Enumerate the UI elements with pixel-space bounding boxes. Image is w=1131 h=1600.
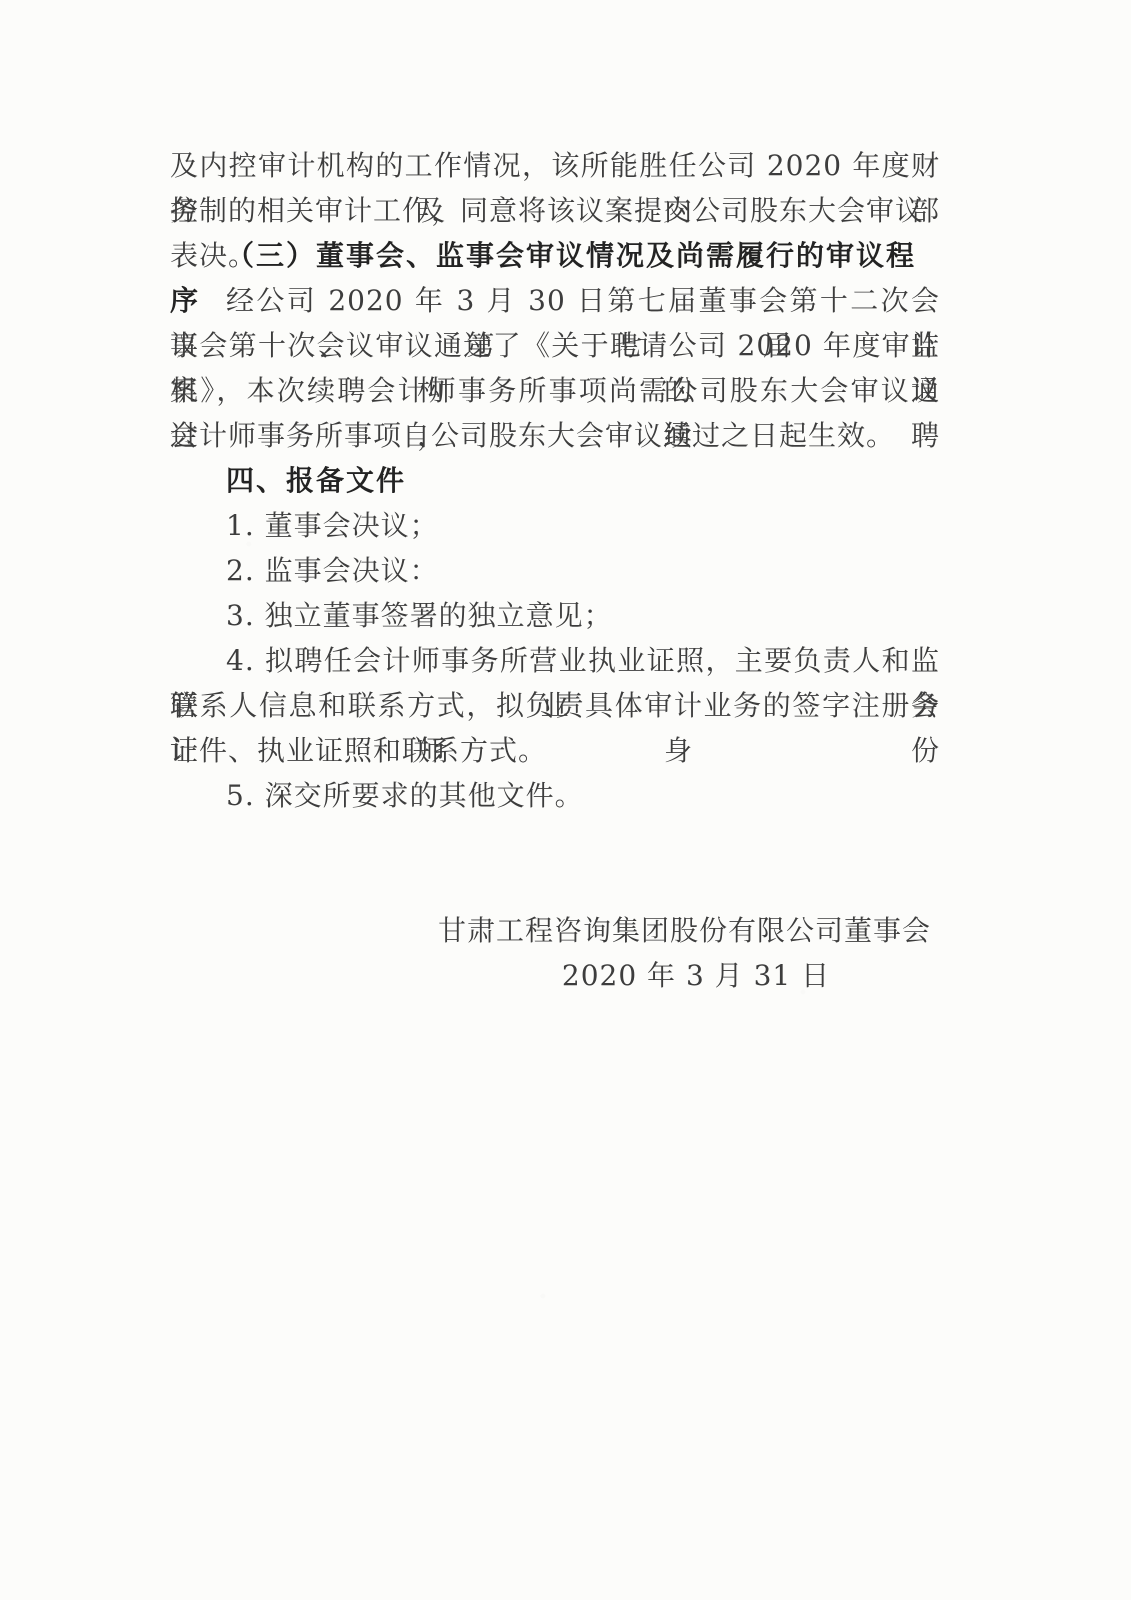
list-item-4: 4. 拟聘任会计师事务所营业执业证照，主要负责人和监管业务联系人信息和联系方式，… (170, 638, 940, 773)
text-line: 1. 董事会决议； (170, 503, 940, 548)
heading-section-three: （三）董事会、监事会审议情况及尚需履行的审议程序 (170, 233, 940, 278)
text-line: 及内控审计机构的工作情况，该所能胜任公司 2020 年度财务及内部 (170, 143, 940, 188)
text-line: 四、报备文件 (170, 458, 940, 503)
text-line: 4. 拟聘任会计师事务所营业执业证照，主要负责人和监管业务 (170, 638, 940, 683)
para-review-procedure: 经公司 2020 年 3 月 30 日第七届董事会第十二次会议、第七届监事会第十… (170, 278, 940, 458)
para-audit-conclusion: 及内控审计机构的工作情况，该所能胜任公司 2020 年度财务及内部控制的相关审计… (170, 143, 940, 233)
text-line: （三）董事会、监事会审议情况及尚需履行的审议程序 (170, 233, 940, 278)
paragraphs-container: 及内控审计机构的工作情况，该所能胜任公司 2020 年度财务及内部控制的相关审计… (170, 143, 940, 818)
text-line: 2. 监事会决议： (170, 548, 940, 593)
list-item-2: 2. 监事会决议： (170, 548, 940, 593)
text-line: 事会第十次会议审议通过了《关于聘请公司 2020 年度审计机构的议 (170, 323, 940, 368)
text-line: 经公司 2020 年 3 月 30 日第七届董事会第十二次会议、第七届监 (170, 278, 940, 323)
text-line: 控制的相关审计工作，同意将该议案提交公司股东大会审议表决。 (170, 188, 940, 233)
text-line: 3. 独立董事签署的独立意见； (170, 593, 940, 638)
text-line: 联系人信息和联系方式，拟负责具体审计业务的签字注册会计师身份 (170, 683, 940, 728)
list-item-3: 3. 独立董事签署的独立意见； (170, 593, 940, 638)
text-line: 案》，本次续聘会计师事务所事项尚需公司股东大会审议通过，续聘 (170, 368, 940, 413)
heading-section-four: 四、报备文件 (170, 458, 940, 503)
document-body: 及内控审计机构的工作情况，该所能胜任公司 2020 年度财务及内部控制的相关审计… (170, 143, 940, 998)
list-item-1: 1. 董事会决议； (170, 503, 940, 548)
text-line: 会计师事务所事项自公司股东大会审议通过之日起生效。 (170, 413, 940, 458)
signature-company: 甘肃工程咨询集团股份有限公司董事会 (438, 908, 898, 953)
text-line: 5. 深交所要求的其他文件。 (170, 773, 940, 818)
scanned-document-page: 及内控审计机构的工作情况，该所能胜任公司 2020 年度财务及内部控制的相关审计… (0, 0, 1131, 1600)
signature-block: 甘肃工程咨询集团股份有限公司董事会 2020 年 3 月 31 日 (438, 908, 898, 998)
signature-date: 2020 年 3 月 31 日 (466, 953, 926, 998)
list-item-5: 5. 深交所要求的其他文件。 (170, 773, 940, 818)
